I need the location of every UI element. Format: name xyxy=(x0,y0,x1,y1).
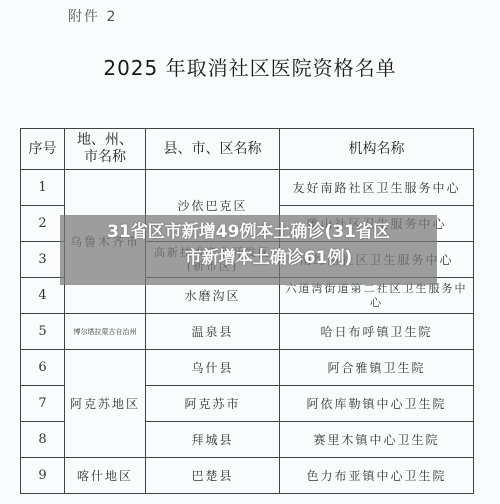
cell-no: 1 xyxy=(21,170,65,206)
cell-no: 9 xyxy=(21,458,65,494)
cell-institution: 阿合雅镇卫生院 xyxy=(280,350,474,386)
header-no: 序号 xyxy=(21,129,65,170)
cell-no: 3 xyxy=(21,242,65,278)
table-row: 1 乌鲁木齐市 沙依巴克区 友好南路社区卫生服务中心 xyxy=(21,170,474,206)
cell-no: 8 xyxy=(21,422,65,458)
cell-institution: 色力布亚镇中心卫生院 xyxy=(280,458,474,494)
caption-line-2: 市新增本土确诊61例) xyxy=(60,245,437,271)
caption-overlay: 31省区市新增49例本土确诊(31省区 市新增本土确诊61例) xyxy=(60,219,437,271)
cell-institution: 哈日布呼镇卫生院 xyxy=(280,314,474,350)
cell-no: 5 xyxy=(21,314,65,350)
header-district: 县、市、区名称 xyxy=(146,129,280,170)
cell-no: 4 xyxy=(21,278,65,314)
cell-no: 7 xyxy=(21,386,65,422)
cell-district: 拜城县 xyxy=(146,422,280,458)
table-row: 6 阿克苏地区 乌什县 阿合雅镇卫生院 xyxy=(21,350,474,386)
cell-district: 阿克苏市 xyxy=(146,386,280,422)
caption-line-1: 31省区市新增49例本土确诊(31省区 xyxy=(60,219,437,245)
cell-district: 乌什县 xyxy=(146,350,280,386)
header-region: 地、州、市名称 xyxy=(65,129,146,170)
cell-no: 6 xyxy=(21,350,65,386)
document-title: 2025 年取消社区医院资格名单 xyxy=(0,52,500,81)
table-header-row: 序号 地、州、市名称 县、市、区名称 机构名称 xyxy=(21,129,474,170)
cell-region: 博尔塔拉蒙古自治州 xyxy=(65,314,146,350)
hospital-list-table: 序号 地、州、市名称 县、市、区名称 机构名称 1 乌鲁木齐市 沙依巴克区 友好… xyxy=(20,128,474,494)
cell-region: 喀什地区 xyxy=(65,458,146,494)
attachment-label: 附件 2 xyxy=(68,6,117,26)
cell-no: 2 xyxy=(21,206,65,242)
table-row: 9 喀什地区 巴楚县 色力布亚镇中心卫生院 xyxy=(21,458,474,494)
cell-region: 阿克苏地区 xyxy=(65,350,146,458)
header-institution: 机构名称 xyxy=(280,129,474,170)
cell-institution: 友好南路社区卫生服务中心 xyxy=(280,170,474,206)
cell-district: 温泉县 xyxy=(146,314,280,350)
cell-institution: 阿依库勒镇中心卫生院 xyxy=(280,386,474,422)
table-row: 5 博尔塔拉蒙古自治州 温泉县 哈日布呼镇卫生院 xyxy=(21,314,474,350)
cell-institution: 赛里木镇中心卫生院 xyxy=(280,422,474,458)
cell-district: 巴楚县 xyxy=(146,458,280,494)
